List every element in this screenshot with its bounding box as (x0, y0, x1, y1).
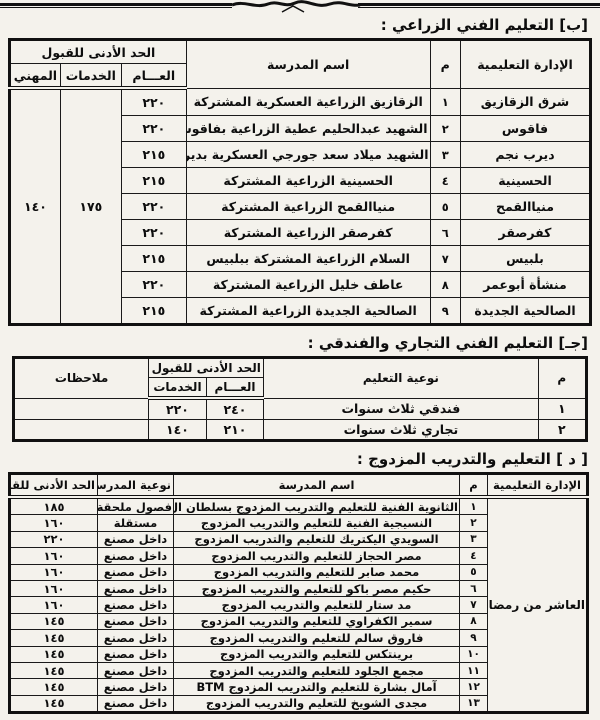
education-type-cell: فندقي ثلاث سنوات (264, 398, 538, 420)
table-row: شرق الزقازيق ١ الزقازيق الزراعية العسكري… (10, 88, 591, 116)
admin-cell: شرق الزقازيق (461, 88, 591, 116)
school-type-cell: داخل مصنع (98, 662, 174, 678)
min-cell: ٢٢٠ (10, 531, 98, 547)
school-cell: مجدى الشويخ للتعليم والتدريب المزدوج (174, 695, 460, 712)
services-min-cell: ٢٢٠ (149, 398, 207, 420)
agricultural-education-table: الإدارة التعليمية م اسم المدرسة الحد الأ… (8, 38, 592, 326)
section-c-title: [جـ] التعليم الفني التجاري والفندقي : (0, 334, 588, 352)
general-min-cell: ٢٢٠ (121, 88, 186, 116)
num-cell: ٦ (430, 220, 460, 246)
admin-cell: الصالحية الجديدة (461, 298, 591, 325)
num-cell: ٩ (430, 298, 460, 325)
num-cell: ٢ (430, 116, 460, 142)
school-cell: السلام الزراعية المشتركة ببلبيس (186, 246, 430, 272)
admin-cell: العاشر من رمضان (488, 497, 588, 713)
col-header-num: م (460, 474, 488, 498)
school-type-cell: داخل مصنع (98, 613, 174, 629)
school-cell: محمد صابر للتعليم والتدريب المزدوج (174, 564, 460, 580)
table-row: العاشر من رمضان ١ الثانوية الفنية للتعلي… (10, 497, 588, 515)
num-cell: ٨ (430, 272, 460, 298)
school-cell: مد ستار للتعليم والتدريب المزدوج (174, 597, 460, 613)
notes-cell (14, 420, 149, 441)
school-cell: الحسينية الزراعية المشتركة (186, 168, 430, 194)
min-cell: ١٦٠ (10, 564, 98, 580)
col-header-num: م (430, 40, 460, 89)
min-cell: ١٤٥ (10, 613, 98, 629)
section-b-title: [ب] التعليم الفني الزراعي : (0, 16, 588, 34)
school-cell: آمال بشارة للتعليم والتدريب المزدوج BTM (174, 679, 460, 695)
min-cell: ١٦٠ (10, 580, 98, 596)
num-cell: ٢ (460, 515, 488, 531)
general-min-cell: ٢٢٠ (121, 116, 186, 142)
school-cell: برينتكس للتعليم والتدريب المزدوج (174, 646, 460, 662)
min-cell: ١٤٥ (10, 630, 98, 646)
school-cell: منياالقمح الزراعية المشتركة (186, 194, 430, 220)
num-cell: ٥ (430, 194, 460, 220)
general-min-cell: ٢٢٠ (121, 272, 186, 298)
school-type-cell: داخل مصنع (98, 597, 174, 613)
general-min-cell: ٢١٠ (206, 420, 264, 441)
col-header-min: الحد الأدنى للقبول (10, 474, 98, 498)
school-cell: الصالحية الجديدة الزراعية المشتركة (186, 298, 430, 325)
school-type-cell: داخل مصنع (98, 548, 174, 564)
num-cell: ١٣ (460, 695, 488, 712)
school-cell: الثانوية الفنية للتعليم والتدريب المزدوج… (174, 497, 460, 515)
services-min-cell: ١٧٥ (60, 88, 121, 325)
num-cell: ٤ (460, 548, 488, 564)
commercial-hotel-education-table: م نوعية التعليم الحد الأدنى للقبول ملاحظ… (12, 356, 588, 442)
col-header-education-type: نوعية التعليم (264, 358, 538, 399)
school-type-cell: داخل مصنع (98, 679, 174, 695)
school-cell: الزقازيق الزراعية العسكرية المشتركة (186, 88, 430, 116)
num-cell: ١ (430, 88, 460, 116)
vocational-min-cell: ١٤٠ (10, 88, 61, 325)
num-cell: ٣ (460, 531, 488, 547)
school-cell: حكيم مصر باكو للتعليم والتدريب المزدوج (174, 580, 460, 596)
general-min-cell: ٢٢٠ (121, 220, 186, 246)
num-cell: ٧ (460, 597, 488, 613)
table-row: ١ فندقي ثلاث سنوات ٢٤٠ ٢٢٠ (14, 398, 587, 420)
general-min-cell: ٢١٥ (121, 298, 186, 325)
num-cell: ١٢ (460, 679, 488, 695)
min-cell: ١٤٥ (10, 679, 98, 695)
school-type-cell: داخل مصنع (98, 646, 174, 662)
admin-cell: منشأة أبوعمر (461, 272, 591, 298)
num-cell: ٢ (538, 420, 586, 441)
school-cell: مجمع الجلود للتعليم والتدريب المزدوج (174, 662, 460, 678)
education-type-cell: تجاري ثلاث سنوات (264, 420, 538, 441)
general-min-cell: ٢٢٠ (121, 194, 186, 220)
admin-cell: الحسينية (461, 168, 591, 194)
num-cell: ١ (538, 398, 586, 420)
col-header-num: م (538, 358, 586, 399)
school-type-cell: داخل مصنع (98, 564, 174, 580)
min-cell: ١٦٠ (10, 548, 98, 564)
general-min-cell: ٢١٥ (121, 142, 186, 168)
school-cell: الشهيد عبدالحليم عطية الزراعية بفاقوس (186, 116, 430, 142)
num-cell: ٨ (460, 613, 488, 629)
school-type-cell: داخل مصنع (98, 695, 174, 712)
school-type-cell: داخل مصنع (98, 580, 174, 596)
admin-cell: ديرب نجم (461, 142, 591, 168)
admin-cell: فاقوس (461, 116, 591, 142)
section-d-title: [ د ] التعليم والتدريب المزدوج : (0, 450, 588, 468)
school-type-cell: داخل مصنع (98, 531, 174, 547)
admin-cell: كفرصقر (461, 220, 591, 246)
min-cell: ١٤٥ (10, 662, 98, 678)
col-header-min-group: الحد الأدنى للقبول (10, 40, 187, 64)
num-cell: ٤ (430, 168, 460, 194)
table-row: ٢ تجاري ثلاث سنوات ٢١٠ ١٤٠ (14, 420, 587, 441)
col-header-admin: الإدارة التعليمية (461, 40, 591, 89)
top-divider-ornament (0, 0, 600, 14)
col-header-general: العـــام (121, 64, 186, 89)
col-header-school: اسم المدرسة (186, 40, 430, 89)
min-cell: ١٤٥ (10, 695, 98, 712)
min-cell: ١٨٥ (10, 497, 98, 515)
col-header-school-type: نوعية المدرسة (98, 474, 174, 498)
school-cell: النسيجية الفنية للتعليم والتدريب المزدوج (174, 515, 460, 531)
school-cell: مصر الحجاز للتعليم والتدريب المزدوج (174, 548, 460, 564)
num-cell: ٥ (460, 564, 488, 580)
num-cell: ١ (460, 497, 488, 515)
col-header-services: الخدمات (149, 378, 207, 399)
school-type-cell: داخل مصنع (98, 630, 174, 646)
num-cell: ٣ (430, 142, 460, 168)
col-header-school: اسم المدرسة (174, 474, 460, 498)
school-cell: السويدي اليكتريك للتعليم والتدريب المزدو… (174, 531, 460, 547)
num-cell: ١١ (460, 662, 488, 678)
dual-education-table: الإدارة التعليمية م اسم المدرسة نوعية ال… (8, 472, 589, 714)
scanned-document-page: [ب] التعليم الفني الزراعي : الإدارة التع… (0, 0, 600, 720)
general-min-cell: ٢١٥ (121, 246, 186, 272)
min-cell: ١٦٠ (10, 597, 98, 613)
school-type-cell: فصول ملحقة (98, 497, 174, 515)
num-cell: ٦ (460, 580, 488, 596)
admin-cell: منياالقمح (461, 194, 591, 220)
col-header-general: العـــام (206, 378, 264, 399)
school-type-cell: مستقلة (98, 515, 174, 531)
general-min-cell: ٢٤٠ (206, 398, 264, 420)
min-cell: ١٤٥ (10, 646, 98, 662)
services-min-cell: ١٤٠ (149, 420, 207, 441)
col-header-services: الخدمات (60, 64, 121, 89)
general-min-cell: ٢١٥ (121, 168, 186, 194)
admin-cell: بلبيس (461, 246, 591, 272)
school-cell: الشهيد ميلاد سعد جورجي العسكرية بديرب نج… (186, 142, 430, 168)
num-cell: ٧ (430, 246, 460, 272)
col-header-min-group: الحد الأدنى للقبول (149, 358, 264, 378)
col-header-admin: الإدارة التعليمية (488, 474, 588, 498)
school-cell: سمير الكفراوي للتعليم والتدريب المزدوج (174, 613, 460, 629)
col-header-vocational: المهني (10, 64, 61, 89)
num-cell: ٩ (460, 630, 488, 646)
school-cell: فاروق سالم للتعليم والتدريب المزدوج (174, 630, 460, 646)
school-cell: عاطف خليل الزراعية المشتركة (186, 272, 430, 298)
col-header-notes: ملاحظات (14, 358, 149, 399)
school-cell: كفرصقر الزراعية المشتركة (186, 220, 430, 246)
notes-cell (14, 398, 149, 420)
num-cell: ١٠ (460, 646, 488, 662)
min-cell: ١٦٠ (10, 515, 98, 531)
